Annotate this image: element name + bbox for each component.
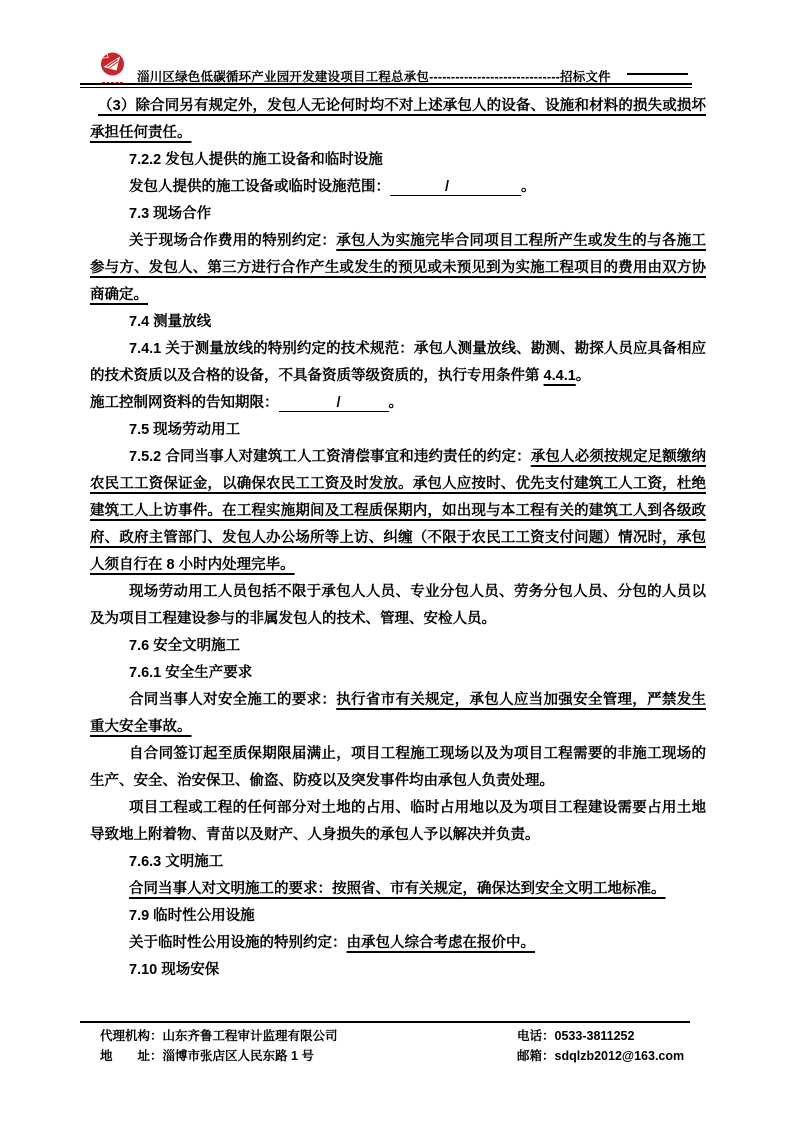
phone-value: 0533-3811252 [555, 1029, 635, 1043]
paragraph: 关于现场合作费用的特别约定：承包人为实施完毕合同项目工程所产生或发生的与各施工参… [90, 228, 706, 309]
header-dash-line [627, 73, 688, 75]
text-segment: 7.6.1 安全生产要求 [129, 665, 252, 681]
text-segment: 7.2.2 发包人提供的施工设备和临时设施 [129, 152, 383, 168]
text-segment: 项目工程或工程的任何部分对土地的占用、临时占用地以及为项目工程建设需要占用土地导… [90, 800, 706, 843]
section-heading: 7.2.2 发包人提供的施工设备和临时设施 [90, 147, 706, 174]
text-segment: 7.6 安全文明施工 [129, 638, 240, 654]
document-body: （3）除合同另有规定外，发包人无论何时均不对上述承包人的设备、设施和材料的损失或… [90, 93, 706, 984]
paragraph: 7.5.2 合同当事人对建筑工人工资清偿事宜和违约责任的约定：承包人必须按规定足… [90, 444, 706, 579]
footer-contact-block: 电话：0533-3811252 邮箱：sdqlzb2012@163.com [517, 1026, 684, 1066]
paragraph: 自合同签订起至质保期限届满止，项目工程施工现场以及为项目工程需要的非施工现场的生… [90, 741, 706, 795]
fill-in-blank: / [390, 179, 521, 196]
section-heading: 7.6.3 文明施工 [90, 849, 706, 876]
address-label: 地 址： [100, 1049, 163, 1063]
header-doc-type: 招标文件 [560, 70, 611, 84]
document-page: 淄川区绿色低碳循环产业园开发建设项目工程总承包-----------------… [0, 0, 793, 1121]
text-segment: 合同当事人对安全施工的要求： [129, 692, 336, 708]
agency-value: 山东齐鲁工程审计监理有限公司 [163, 1029, 338, 1043]
section-heading: 7.3 现场合作 [90, 201, 706, 228]
text-segment: 7.4.1 关于测量放线的特别约定的技术规范：承包人测量放线、勘测、勘探人员应具… [90, 341, 706, 384]
section-heading: 7.10 现场安保 [90, 957, 706, 984]
section-heading: 7.9 临时性公用设施 [90, 903, 706, 930]
text-segment: 7.5 现场劳动用工 [129, 422, 240, 438]
paragraph: 项目工程或工程的任何部分对土地的占用、临时占用地以及为项目工程建设需要占用土地导… [90, 795, 706, 849]
header-dashes: ------------------------------ [429, 70, 560, 84]
text-segment: 7.3 现场合作 [129, 206, 211, 222]
underlined-text-segment: 4.4.1 [544, 368, 576, 384]
text-segment: 。 [521, 179, 536, 195]
footer-agency-block: 代理机构：山东齐鲁工程审计监理有限公司 地 址：淄博市张店区人民东路 1 号 [100, 1026, 338, 1066]
text-segment: 7.4 测量放线 [129, 314, 211, 330]
paragraph: 7.4.1 关于测量放线的特别约定的技术规范：承包人测量放线、勘测、勘探人员应具… [90, 336, 706, 390]
paragraph: 关于临时性公用设施的特别约定：由承包人综合考虑在报价中。 [90, 930, 706, 957]
paragraph: （3）除合同另有规定外，发包人无论何时均不对上述承包人的设备、设施和材料的损失或… [90, 93, 706, 147]
text-segment: 关于临时性公用设施的特别约定： [129, 935, 347, 951]
text-segment: 施工控制网资料的告知期限： [90, 395, 279, 411]
text-segment: 7.9 临时性公用设施 [129, 908, 255, 924]
paragraph: 发包人提供的施工设备或临时设施范围：/。 [90, 174, 706, 201]
text-segment: 。 [576, 368, 591, 384]
footer-address-line: 地 址：淄博市张店区人民东路 1 号 [100, 1046, 338, 1066]
text-segment: 7.6.3 文明施工 [129, 854, 223, 870]
agency-label: 代理机构： [100, 1029, 163, 1043]
address-value: 淄博市张店区人民东路 1 号 [163, 1049, 314, 1063]
text-segment: 现场劳动用工人员包括不限于承包人人员、专业分包人员、劳务分包人员、分包的人员以及… [90, 584, 706, 627]
email-value: sdqlzb2012@163.com [555, 1049, 685, 1063]
section-heading: 7.4 测量放线 [90, 309, 706, 336]
text-segment: 7.5.2 合同当事人对建筑工人工资清偿事宜和违约责任的约定： [129, 449, 531, 465]
underlined-text-segment: （3）除合同另有规定外，发包人无论何时均不对上述承包人的设备、设施和材料的损失或… [90, 98, 706, 141]
text-segment: 7.10 现场安保 [129, 962, 219, 978]
paragraph: 施工控制网资料的告知期限：/。 [90, 390, 706, 417]
footer-email-line: 邮箱：sdqlzb2012@163.com [517, 1046, 684, 1066]
section-heading: 7.5 现场劳动用工 [90, 417, 706, 444]
text-segment: 关于现场合作费用的特别约定： [129, 233, 336, 249]
company-logo-icon [99, 50, 126, 87]
paragraph: 现场劳动用工人员包括不限于承包人人员、专业分包人员、劳务分包人员、分包的人员以及… [90, 579, 706, 633]
header-project-name: 淄川区绿色低碳循环产业园开发建设项目工程总承包 [137, 70, 429, 84]
paragraph: 合同当事人对安全施工的要求：执行省市有关规定，承包人应当加强安全管理，严禁发生重… [90, 687, 706, 741]
phone-label: 电话： [517, 1029, 555, 1043]
paragraph: 合同当事人对文明施工的要求：按照省、市有关规定，确保达到安全文明工地标准。 [90, 876, 706, 903]
footer-phone-line: 电话：0533-3811252 [517, 1026, 684, 1046]
email-label: 邮箱： [517, 1049, 555, 1063]
underlined-text-segment: 承包人必须按规定足额缴纳农民工工资保证金，以确保农民工工资及时发放。承包人应按时… [90, 449, 706, 573]
section-heading: 7.6.1 安全生产要求 [90, 660, 706, 687]
underlined-text-segment: 合同当事人对文明施工的要求：按照省、市有关规定，确保达到安全文明工地标准。 [129, 881, 666, 897]
text-segment: 。 [389, 395, 404, 411]
fill-in-blank: / [279, 395, 389, 412]
underlined-text-segment: 由承包人综合考虑在报价中。 [347, 935, 536, 951]
section-heading: 7.6 安全文明施工 [90, 633, 706, 660]
text-segment: 自合同签订起至质保期限届满止，项目工程施工现场以及为项目工程需要的非施工现场的生… [90, 746, 706, 789]
footer-agency-line: 代理机构：山东齐鲁工程审计监理有限公司 [100, 1026, 338, 1046]
text-segment: 发包人提供的施工设备或临时设施范围： [129, 179, 390, 195]
footer-rule [80, 1021, 690, 1023]
header-rule [80, 83, 692, 88]
